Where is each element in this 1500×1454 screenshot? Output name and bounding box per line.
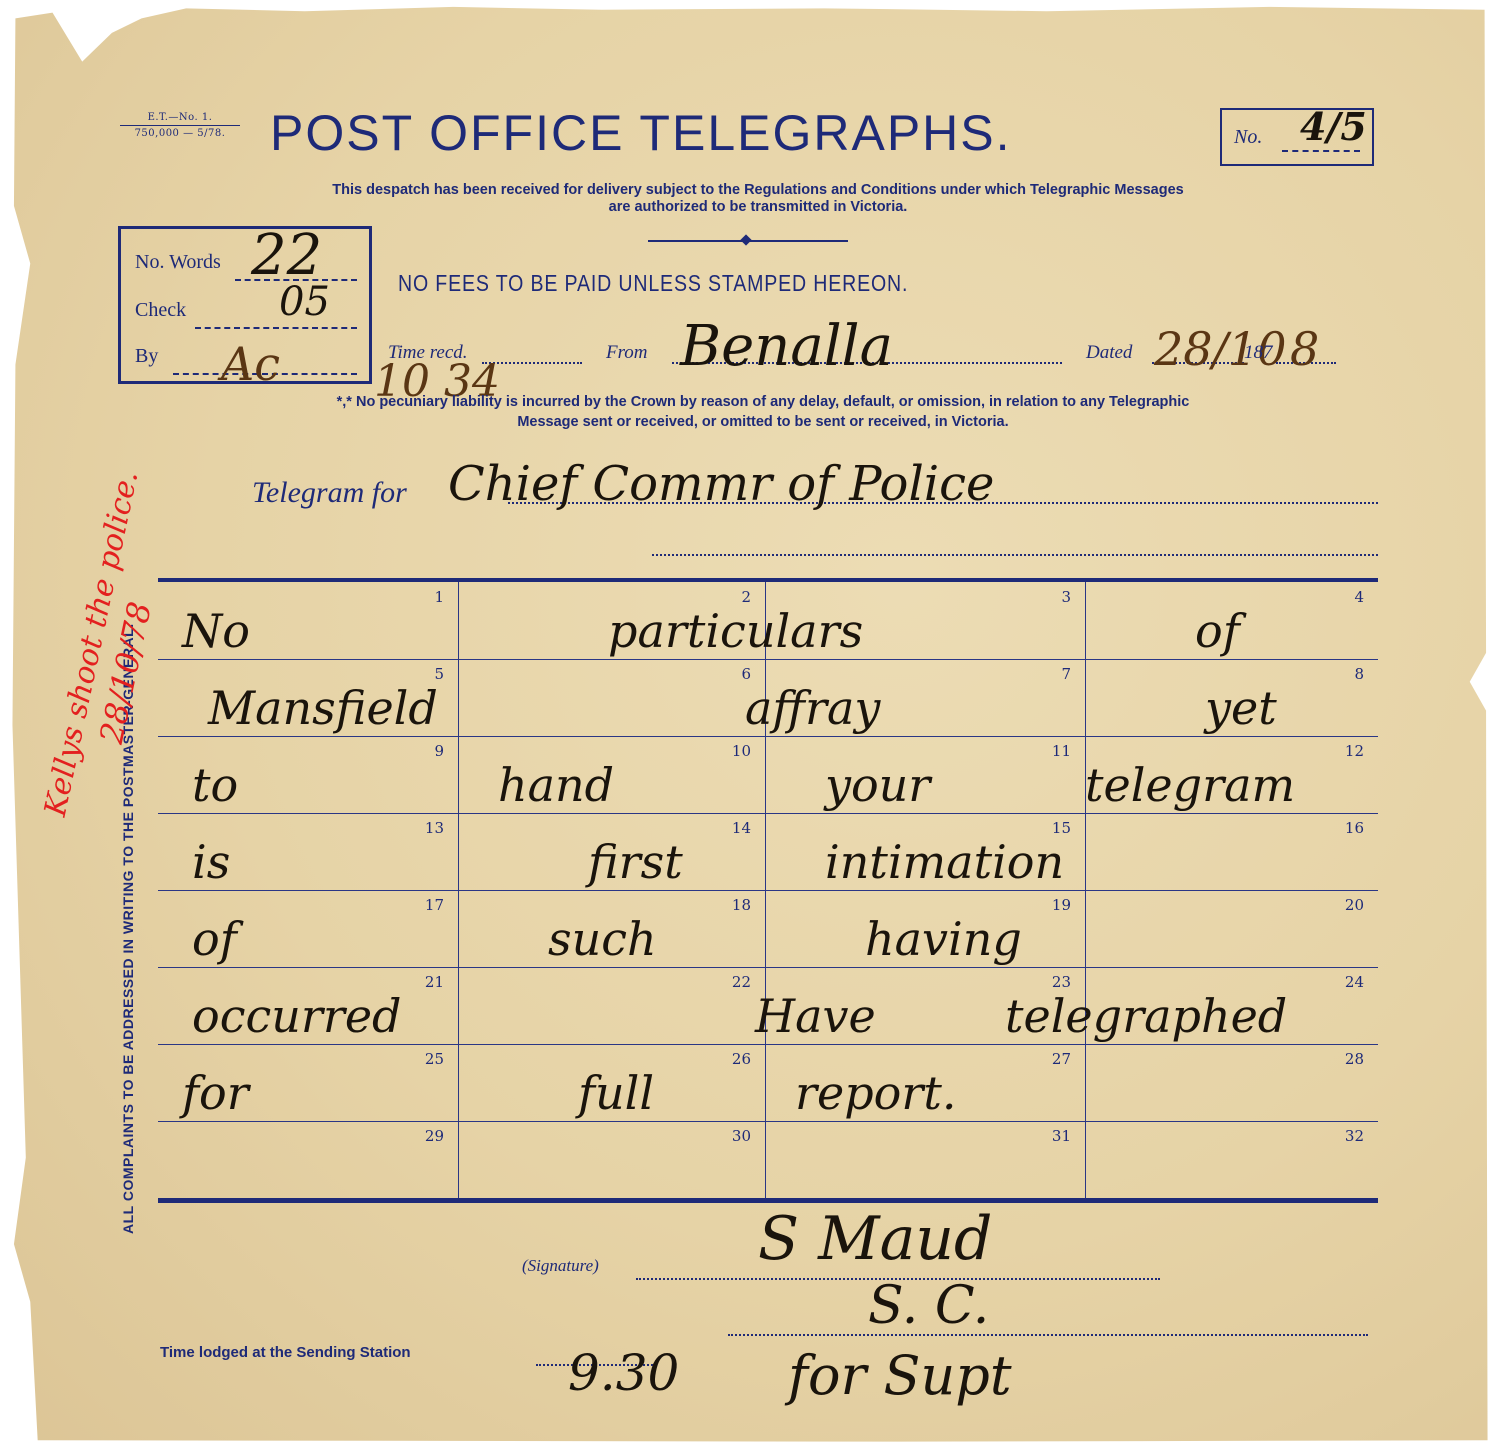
form-code: E.T.—No. 1. 750,000 — 5/78. bbox=[120, 112, 240, 139]
cell-number: 4 bbox=[1354, 588, 1364, 606]
grid-row: 21occurred 22 23Have 24telegraphed bbox=[158, 967, 1378, 1045]
grid-cell: 31 bbox=[765, 1121, 1086, 1198]
cell-word: Mansfield bbox=[208, 681, 438, 735]
cell-word: yet bbox=[1205, 681, 1277, 735]
liability-notice-line-2: Message sent or received, or omitted to … bbox=[148, 412, 1378, 432]
grid-cell: 7affray bbox=[765, 659, 1086, 736]
form-code-divider bbox=[120, 125, 240, 126]
grid-cell: 20 bbox=[1085, 890, 1378, 967]
dated-label: Dated bbox=[1086, 342, 1132, 364]
cell-word: report. bbox=[795, 1066, 956, 1120]
grid-cell: 22 bbox=[458, 967, 766, 1044]
grid-cell: 32 bbox=[1085, 1121, 1378, 1198]
cell-word: for bbox=[182, 1066, 249, 1120]
ornament-divider bbox=[648, 240, 848, 242]
cell-word: first bbox=[588, 835, 683, 889]
grid-row: 9to 10hand 11your 12telegram bbox=[158, 736, 1378, 814]
cell-number: 29 bbox=[425, 1127, 444, 1145]
check-value: 05 bbox=[279, 279, 330, 325]
by-label: By bbox=[135, 345, 158, 367]
cell-word: Have bbox=[755, 989, 876, 1043]
grid-cell: 15intimation bbox=[765, 813, 1086, 890]
grid-cell: 13is bbox=[158, 813, 459, 890]
grid-cell: 30 bbox=[458, 1121, 766, 1198]
grid-cell: 19having bbox=[765, 890, 1086, 967]
from-label: From bbox=[606, 342, 648, 364]
cell-number: 1 bbox=[434, 588, 444, 606]
grid-cell: 10hand bbox=[458, 736, 766, 813]
grid-cell: 5Mansfield bbox=[158, 659, 459, 736]
grid-row: 29 30 31 32 bbox=[158, 1121, 1378, 1198]
cell-word: of bbox=[1195, 604, 1240, 658]
grid-cell: 12telegram bbox=[1085, 736, 1378, 813]
cell-number: 8 bbox=[1354, 665, 1364, 683]
cell-number: 21 bbox=[425, 973, 444, 991]
year-prefix: 187 bbox=[1244, 342, 1273, 364]
signature-value: S Maud bbox=[758, 1204, 992, 1274]
cell-number: 11 bbox=[1052, 742, 1071, 760]
despatch-notice: This despatch has been received for deli… bbox=[138, 182, 1378, 216]
cell-number: 25 bbox=[425, 1050, 444, 1068]
liability-notice: *,* No pecuniary liability is incurred b… bbox=[148, 392, 1378, 432]
grid-cell: 18such bbox=[458, 890, 766, 967]
cell-word: of bbox=[192, 912, 237, 966]
grid-row: 1No 2particulars 3 4of bbox=[158, 582, 1378, 660]
grid-cell: 25for bbox=[158, 1044, 459, 1121]
grid-cell: 29 bbox=[158, 1121, 459, 1198]
grid-cell: 26full bbox=[458, 1044, 766, 1121]
word-count-box: No. Words Check By 22 05 Ac bbox=[118, 226, 372, 384]
print-run-label: 750,000 — 5/78. bbox=[120, 128, 240, 139]
despatch-notice-line-1: This despatch has been received for deli… bbox=[138, 182, 1378, 199]
grid-cell: 11your bbox=[765, 736, 1086, 813]
cell-word: such bbox=[548, 912, 657, 966]
grid-cell: 27report. bbox=[765, 1044, 1086, 1121]
cell-word: full bbox=[578, 1066, 654, 1120]
telegram-number-box: No. 4/5 bbox=[1220, 108, 1374, 166]
cell-number: 18 bbox=[732, 896, 751, 914]
for-supt-note: for Supt bbox=[788, 1344, 1012, 1407]
grid-row: 17of 18such 19having 20 bbox=[158, 890, 1378, 968]
cell-number: 24 bbox=[1345, 973, 1364, 991]
cell-word: occurred bbox=[192, 989, 402, 1043]
cell-number: 7 bbox=[1061, 665, 1071, 683]
cell-word: telegram bbox=[1085, 758, 1295, 812]
fees-notice: NO FEES TO BE PAID UNLESS STAMPED HEREON… bbox=[398, 270, 908, 297]
cell-number: 16 bbox=[1345, 819, 1364, 837]
grid-cell: 21occurred bbox=[158, 967, 459, 1044]
grid-cell: 16 bbox=[1085, 813, 1378, 890]
cell-number: 3 bbox=[1061, 588, 1071, 606]
grid-cell: 3 bbox=[765, 582, 1086, 659]
cell-number: 22 bbox=[732, 973, 751, 991]
message-grid: 1No 2particulars 3 4of 5Mansfield 6 7aff… bbox=[158, 578, 1378, 1203]
signature-title: S. C. bbox=[868, 1276, 989, 1336]
cell-word: intimation bbox=[825, 835, 1064, 889]
cell-number: 32 bbox=[1345, 1127, 1364, 1145]
telegram-for-value: Chief Commr of Police bbox=[448, 456, 994, 512]
time-lodged-value: 9.30 bbox=[568, 1344, 679, 1402]
cell-word: hand bbox=[498, 758, 614, 812]
cell-number: 13 bbox=[425, 819, 444, 837]
from-value: Benalla bbox=[680, 314, 893, 379]
check-label: Check bbox=[135, 299, 186, 321]
cell-word: having bbox=[865, 912, 1022, 966]
cell-number: 27 bbox=[1052, 1050, 1071, 1068]
grid-cell: 1No bbox=[158, 582, 459, 659]
signature-label: (Signature) bbox=[522, 1256, 599, 1276]
form-title: POST OFFICE TELEGRAPHS. bbox=[270, 104, 1012, 162]
time-lodged-label: Time lodged at the Sending Station bbox=[160, 1344, 411, 1361]
cell-word: your bbox=[825, 758, 930, 812]
cell-number: 17 bbox=[425, 896, 444, 914]
cell-number: 20 bbox=[1345, 896, 1364, 914]
grid-cell: 8yet bbox=[1085, 659, 1378, 736]
cell-number: 31 bbox=[1052, 1127, 1071, 1145]
grid-row: 25for 26full 27report. 28 bbox=[158, 1044, 1378, 1122]
cell-number: 30 bbox=[732, 1127, 751, 1145]
no-words-row: No. Words bbox=[135, 251, 357, 274]
grid-cell: 9to bbox=[158, 736, 459, 813]
cell-number: 12 bbox=[1345, 742, 1364, 760]
grid-row: 13is 14first 15intimation 16 bbox=[158, 813, 1378, 891]
cell-word: telegraphed bbox=[1005, 989, 1287, 1043]
grid-cell: 24telegraphed bbox=[1085, 967, 1378, 1044]
check-line bbox=[195, 327, 357, 329]
cell-word: No bbox=[182, 604, 250, 658]
number-dotted-line bbox=[1282, 150, 1360, 152]
liability-notice-line-1: *,* No pecuniary liability is incurred b… bbox=[148, 392, 1378, 412]
cell-word: affray bbox=[745, 681, 880, 735]
cell-number: 14 bbox=[732, 819, 751, 837]
cell-number: 26 bbox=[732, 1050, 751, 1068]
cell-number: 28 bbox=[1345, 1050, 1364, 1068]
grid-cell: 6 bbox=[458, 659, 766, 736]
form-code-label: E.T.—No. 1. bbox=[120, 112, 240, 123]
signature-title-line bbox=[728, 1334, 1368, 1336]
number-value: 4/5 bbox=[1300, 104, 1367, 149]
grid-cell: 17of bbox=[158, 890, 459, 967]
by-value: Ac bbox=[221, 337, 280, 391]
telegram-form: E.T.—No. 1. 750,000 — 5/78. POST OFFICE … bbox=[8, 4, 1492, 1446]
despatch-notice-line-2: are authorized to be transmitted in Vict… bbox=[138, 199, 1378, 216]
cell-word: to bbox=[192, 758, 238, 812]
cell-number: 9 bbox=[434, 742, 444, 760]
number-label: No. bbox=[1234, 126, 1262, 149]
no-words-label: No. Words bbox=[135, 251, 221, 273]
grid-row: 5Mansfield 6 7affray 8yet bbox=[158, 659, 1378, 737]
cell-number: 19 bbox=[1052, 896, 1071, 914]
cell-word: is bbox=[192, 835, 230, 889]
grid-cell: 14first bbox=[458, 813, 766, 890]
telegram-for-label: Telegram for bbox=[252, 476, 407, 510]
grid-cell: 4of bbox=[1085, 582, 1378, 659]
year-suffix: 8 bbox=[1290, 322, 1319, 376]
grid-cell: 2particulars bbox=[458, 582, 766, 659]
grid-cell: 28 bbox=[1085, 1044, 1378, 1121]
cell-number: 10 bbox=[732, 742, 751, 760]
telegram-for-line-2 bbox=[652, 554, 1378, 556]
